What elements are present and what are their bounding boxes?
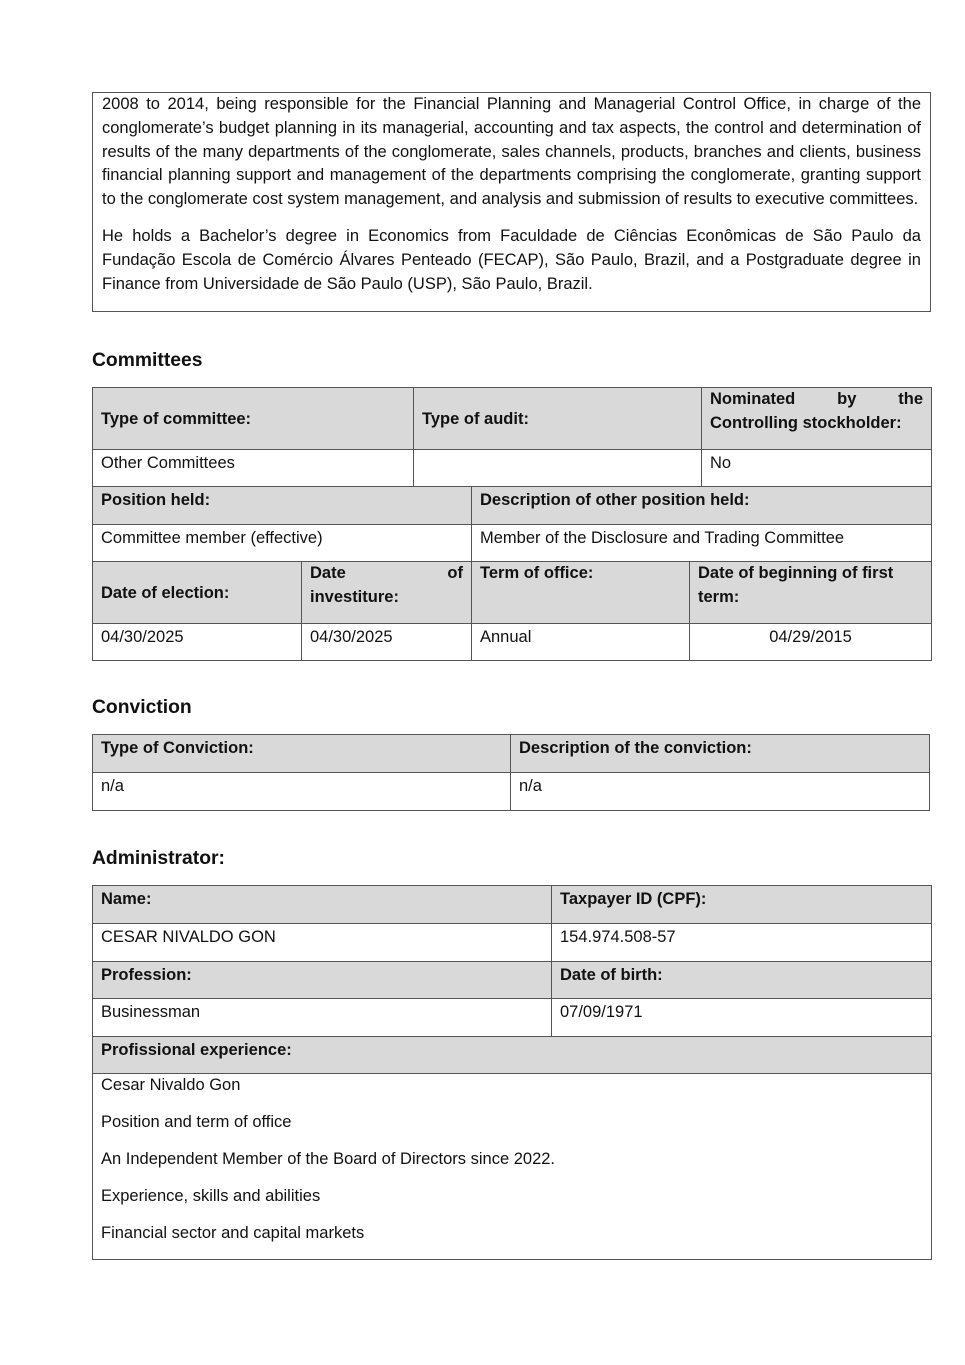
position-held-value: Committee member (effective)	[93, 525, 472, 562]
date-first-term-value: 04/29/2015	[690, 624, 932, 661]
date-of-investiture-header-line2: investiture:	[310, 588, 399, 606]
professional-experience-body: Cesar Nivaldo Gon Position and term of o…	[93, 1074, 932, 1260]
committees-heading: Committees	[92, 351, 931, 371]
committees-table-position: Position held: Description of other posi…	[92, 486, 932, 562]
type-of-conviction-header: Type of Conviction:	[93, 735, 511, 773]
type-of-audit-value	[414, 450, 702, 487]
name-header: Name:	[93, 886, 552, 924]
date-of-investiture-header: Date of investiture:	[302, 562, 472, 624]
experience-line-position: An Independent Member of the Board of Di…	[101, 1148, 923, 1171]
position-held-header: Position held:	[93, 487, 472, 525]
type-of-committee-header: Type of committee:	[93, 388, 414, 450]
education-paragraph: He holds a Bachelor’s degree in Economic…	[102, 225, 921, 296]
date-of-election-header: Date of election:	[93, 562, 302, 624]
administrator-heading: Administrator:	[92, 849, 931, 869]
nominated-by-controlling-header: Nominated by the Controlling stockholder…	[702, 388, 932, 450]
date-of-investiture-value: 04/30/2025	[302, 624, 472, 661]
committees-table-dates: Date of election: Date of investiture: T…	[92, 561, 932, 661]
profession-header: Profession:	[93, 962, 552, 999]
profession-value: Businessman	[93, 999, 552, 1037]
experience-line-position-heading: Position and term of office	[101, 1111, 923, 1134]
type-of-audit-header: Type of audit:	[414, 388, 702, 450]
professional-experience-header: Profissional experience:	[93, 1037, 932, 1074]
description-of-conviction-header: Description of the conviction:	[511, 735, 930, 773]
description-of-conviction-value: n/a	[511, 773, 930, 811]
name-value: CESAR NIVALDO GON	[93, 924, 552, 962]
taxpayer-id-header: Taxpayer ID (CPF):	[552, 886, 932, 924]
date-of-election-value: 04/30/2025	[93, 624, 302, 661]
type-of-committee-value: Other Committees	[93, 450, 414, 487]
biography-paragraph: 2008 to 2014, being responsible for the …	[102, 93, 921, 212]
description-other-position-value: Member of the Disclosure and Trading Com…	[472, 525, 932, 562]
description-other-position-header: Description of other position held:	[472, 487, 932, 525]
document-page: 2008 to 2014, being responsible for the …	[92, 92, 931, 1260]
nominated-header-line2: Controlling stockholder:	[710, 414, 902, 432]
conviction-heading: Conviction	[92, 698, 931, 718]
experience-line-skills: Financial sector and capital markets	[101, 1222, 923, 1245]
conviction-table: Type of Conviction: Description of the c…	[92, 734, 930, 811]
term-of-office-value: Annual	[472, 624, 690, 661]
administrator-table: Name: Taxpayer ID (CPF): CESAR NIVALDO G…	[92, 885, 932, 1260]
committees-table-top: Type of committee: Type of audit: Nomina…	[92, 387, 932, 487]
date-of-birth-header: Date of birth:	[552, 962, 932, 999]
type-of-conviction-value: n/a	[93, 773, 511, 811]
date-first-term-header: Date of beginning of first term:	[690, 562, 932, 624]
taxpayer-id-value: 154.974.508-57	[552, 924, 932, 962]
term-of-office-header: Term of office:	[472, 562, 690, 624]
experience-line-skills-heading: Experience, skills and abilities	[101, 1185, 923, 1208]
nominated-value: No	[702, 450, 932, 487]
nominated-header-line1: Nominated by the	[710, 388, 923, 412]
date-of-investiture-header-line1: Date of	[310, 562, 463, 586]
date-of-birth-value: 07/09/1971	[552, 999, 932, 1037]
experience-line-name: Cesar Nivaldo Gon	[101, 1074, 923, 1097]
biography-box: 2008 to 2014, being responsible for the …	[92, 92, 931, 312]
